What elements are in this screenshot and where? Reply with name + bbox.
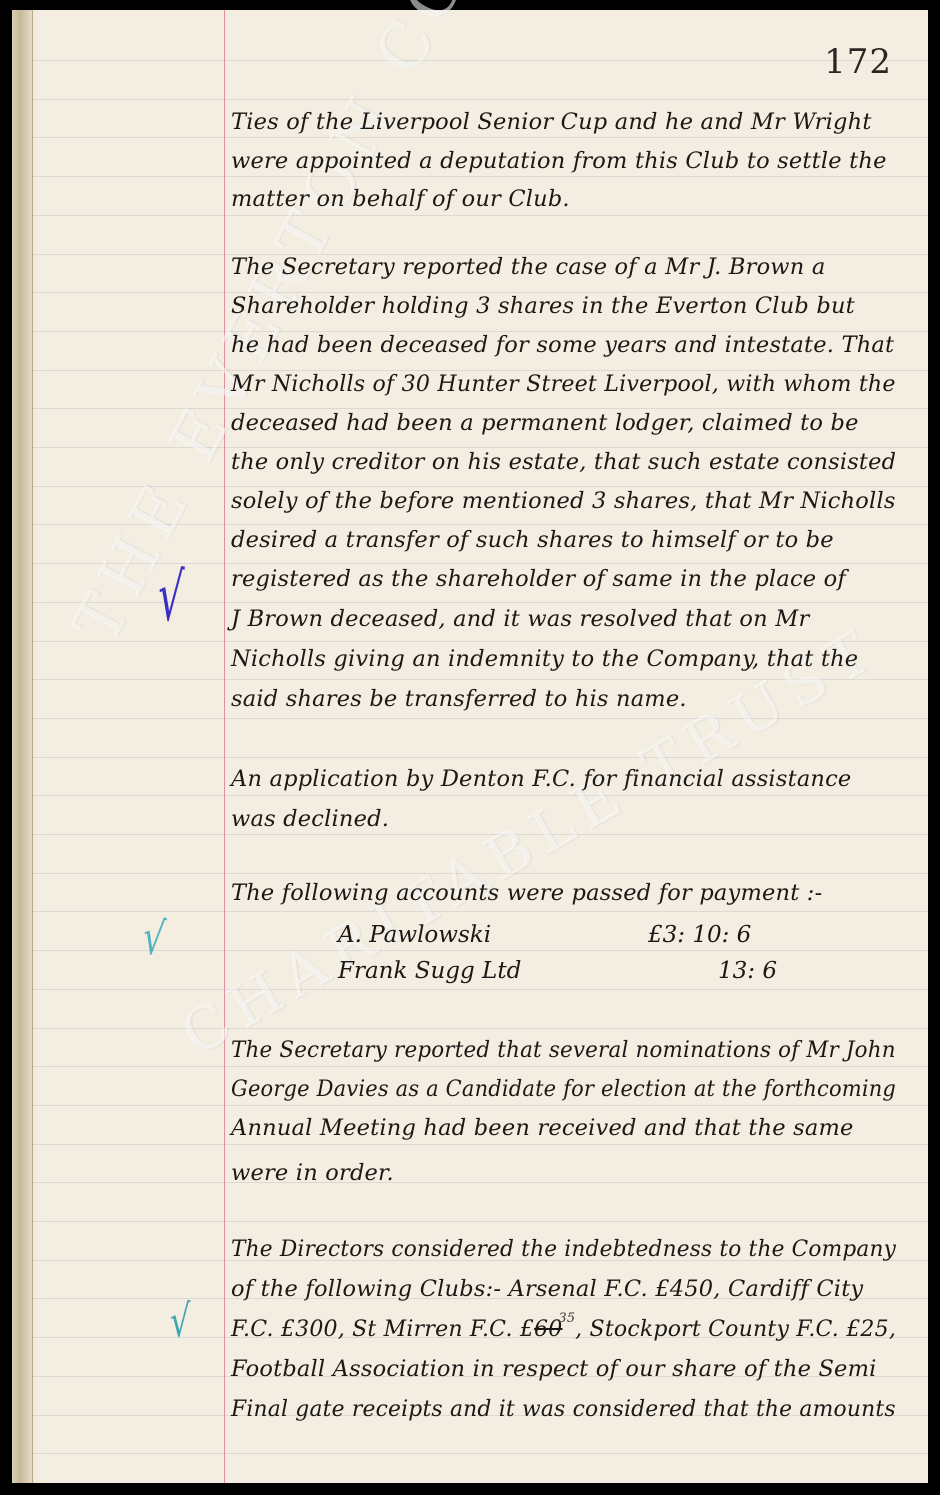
text-line: Ties of the Liverpool Senior Cup and he … [231, 109, 872, 135]
ruled-line [32, 60, 928, 61]
ruled-line [32, 1453, 928, 1454]
text-line: Shareholder holding 3 shares in the Ever… [231, 293, 855, 319]
text-line: George Davies as a Candidate for electio… [231, 1076, 896, 1102]
text-line: said shares be transferred to his name. [231, 686, 687, 712]
text-line: matter on behalf of our Club. [231, 186, 570, 212]
text-line: were appointed a deputation from this Cl… [231, 148, 887, 174]
account-name: A. Pawlowski [338, 922, 491, 948]
ruled-line [32, 1221, 928, 1222]
text-segment: F.C. £300, St Mirren F.C. £ [231, 1316, 534, 1342]
ruled-line [32, 873, 928, 874]
text-line: Nicholls giving an indemnity to the Comp… [231, 646, 858, 672]
ruled-line [32, 1028, 928, 1029]
text-line: The Secretary reported the case of a Mr … [231, 254, 825, 280]
ruled-line [32, 911, 928, 912]
ruled-line [32, 176, 928, 177]
text-line: The Secretary reported that several nomi… [231, 1037, 896, 1063]
text-line: solely of the before mentioned 3 shares,… [231, 488, 896, 514]
checkmark-icon: √ [170, 1299, 190, 1344]
text-line: registered as the shareholder of same in… [231, 566, 846, 592]
ruled-line [32, 757, 928, 758]
text-line: Football Association in respect of our s… [231, 1356, 877, 1382]
text-line: The Directors considered the indebtednes… [231, 1236, 896, 1262]
page-number: 172 [824, 42, 892, 82]
account-name: Frank Sugg Ltd [338, 958, 521, 984]
ruled-line [32, 641, 928, 642]
ruled-line [32, 486, 928, 487]
ruled-line [32, 524, 928, 525]
text-line: of the following Clubs:- Arsenal F.C. £4… [231, 1276, 863, 1302]
text-line: The following accounts were passed for p… [231, 880, 822, 906]
ruled-line [32, 99, 928, 100]
ruled-line [32, 1066, 928, 1067]
red-margin-line [224, 10, 225, 1483]
text-line: desired a transfer of such shares to him… [231, 527, 834, 553]
ruled-line [32, 950, 928, 951]
text-line: were in order. [231, 1160, 394, 1186]
ledger-page [12, 10, 928, 1483]
text-line: Mr Nicholls of 30 Hunter Street Liverpoo… [231, 371, 896, 397]
ruled-line [32, 1144, 928, 1145]
ruled-line [32, 137, 928, 138]
ruled-line [32, 408, 928, 409]
ruled-line [32, 718, 928, 719]
ruled-line [32, 679, 928, 680]
ruled-line [32, 1182, 928, 1183]
account-amount: £3: 10: 6 [648, 922, 751, 948]
ruled-line [32, 795, 928, 796]
ruled-line [32, 215, 928, 216]
page-binding-edge [12, 10, 33, 1483]
text-line: deceased had been a permanent lodger, cl… [231, 410, 859, 436]
ruled-line [32, 1105, 928, 1106]
ruled-line [32, 989, 928, 990]
text-line: was declined. [231, 806, 389, 832]
text-line: An application by Denton F.C. for financ… [231, 766, 851, 792]
text-line-with-correction: F.C. £300, St Mirren F.C. £6035, Stockpo… [231, 1316, 896, 1342]
text-line: J Brown deceased, and it was resolved th… [231, 606, 809, 632]
correction-amount: 35 [559, 1311, 576, 1326]
text-line: Final gate receipts and it was considere… [231, 1396, 896, 1422]
text-segment: , Stockport County F.C. £25, [575, 1316, 896, 1342]
text-line: he had been deceased for some years and … [231, 332, 894, 358]
account-amount: 13: 6 [718, 958, 777, 984]
checkmark-icon: √ [141, 913, 167, 964]
text-line: Annual Meeting had been received and tha… [231, 1115, 854, 1141]
ruled-line [32, 447, 928, 448]
checkmark-icon: √ [157, 563, 185, 634]
ruled-line [32, 834, 928, 835]
text-line: the only creditor on his estate, that su… [231, 449, 896, 475]
